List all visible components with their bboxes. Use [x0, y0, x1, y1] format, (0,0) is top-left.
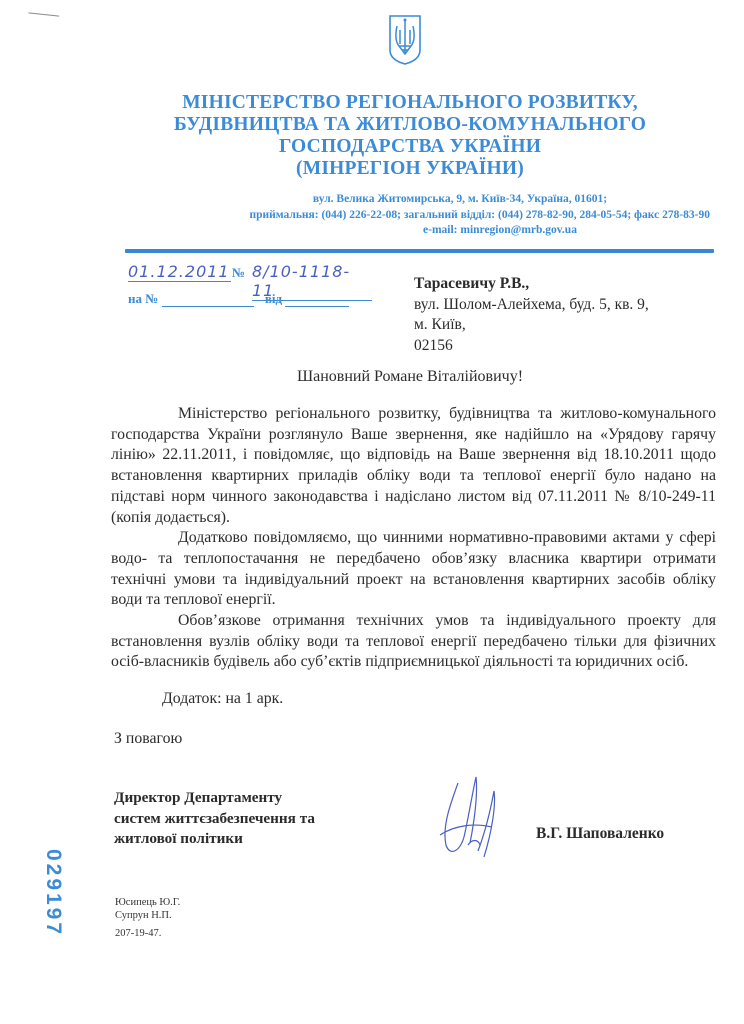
- reply-to-date-blank: [285, 294, 349, 307]
- ministry-address: вул. Велика Житомирська, 9, м. Київ-34, …: [100, 192, 710, 208]
- ministry-name-line: МІНІСТЕРСТВО РЕГІОНАЛЬНОГО РОЗВИТКУ,: [100, 92, 720, 114]
- letterhead-divider: [125, 249, 714, 253]
- ministry-phones: приймальня: (044) 226-22-08; загальний в…: [100, 208, 710, 224]
- position-line: систем життєзабезпечення та: [114, 809, 374, 830]
- recipient-city: м. Київ,: [414, 315, 714, 336]
- recipient-street: вул. Шолом-Алейхема, буд. 5, кв. 9,: [414, 295, 714, 316]
- reply-to-label: на №: [128, 291, 158, 306]
- signatory-name: В.Г. Шаповаленко: [536, 825, 664, 843]
- registration-stamp-number: 029197: [38, 848, 68, 938]
- scan-corner-mark: [28, 12, 60, 22]
- letter-body: Міністерство регіонального розвитку, буд…: [111, 404, 716, 673]
- outgoing-date: 01.12.2011: [128, 262, 231, 282]
- salutation: Шановний Романе Віталійовичу!: [100, 368, 720, 386]
- reply-to-registration: на № від: [128, 291, 388, 307]
- closing-phrase: З повагою: [114, 730, 182, 748]
- executor-name: Юсипець Ю.Г.: [115, 896, 180, 909]
- recipient-block: Тарасевичу Р.В., вул. Шолом-Алейхема, бу…: [414, 274, 714, 356]
- signatory-position: Директор Департаменту систем життєзабезп…: [114, 788, 374, 850]
- ministry-name-line: БУДІВНИЦТВА ТА ЖИТЛОВО-КОМУНАЛЬНОГО: [100, 114, 720, 136]
- position-line: житлової політики: [114, 829, 374, 850]
- ministry-name: МІНІСТЕРСТВО РЕГІОНАЛЬНОГО РОЗВИТКУ, БУД…: [100, 92, 720, 180]
- ministry-contacts: вул. Велика Житомирська, 9, м. Київ-34, …: [100, 192, 720, 239]
- executor-phone: 207-19-47.: [115, 927, 180, 940]
- position-line: Директор Департаменту: [114, 788, 374, 809]
- executors-block: Юсипець Ю.Г. Супрун Н.П. 207-19-47.: [115, 896, 180, 940]
- handwritten-signature-icon: [420, 765, 520, 865]
- reply-to-from-label: від: [265, 291, 282, 306]
- outgoing-registration: 01.12.2011 № 8/10-1118-11: [128, 262, 378, 284]
- recipient-name: Тарасевичу Р.В.,: [414, 274, 714, 295]
- executor-name: Супрун Н.П.: [115, 909, 180, 922]
- reply-to-number-blank: [162, 294, 254, 307]
- ministry-name-line: (МІНРЕГІОН УКРАЇНИ): [100, 158, 720, 180]
- trident-coat-of-arms-icon: [388, 14, 422, 66]
- ministry-name-line: ГОСПОДАРСТВА УКРАЇНИ: [100, 136, 720, 158]
- stamp-number: 029197: [41, 849, 65, 937]
- body-paragraph: Міністерство регіонального розвитку, буд…: [111, 404, 716, 528]
- number-label: №: [232, 265, 245, 281]
- body-paragraph: Обов’язкове отримання технічних умов та …: [111, 611, 716, 673]
- attachment-note: Додаток: на 1 арк.: [162, 690, 283, 708]
- body-paragraph: Додатково повідомляємо, що чинними норма…: [111, 528, 716, 611]
- recipient-postcode: 02156: [414, 336, 714, 357]
- ministry-email: e-mail: minregion@mrb.gov.ua: [100, 223, 710, 239]
